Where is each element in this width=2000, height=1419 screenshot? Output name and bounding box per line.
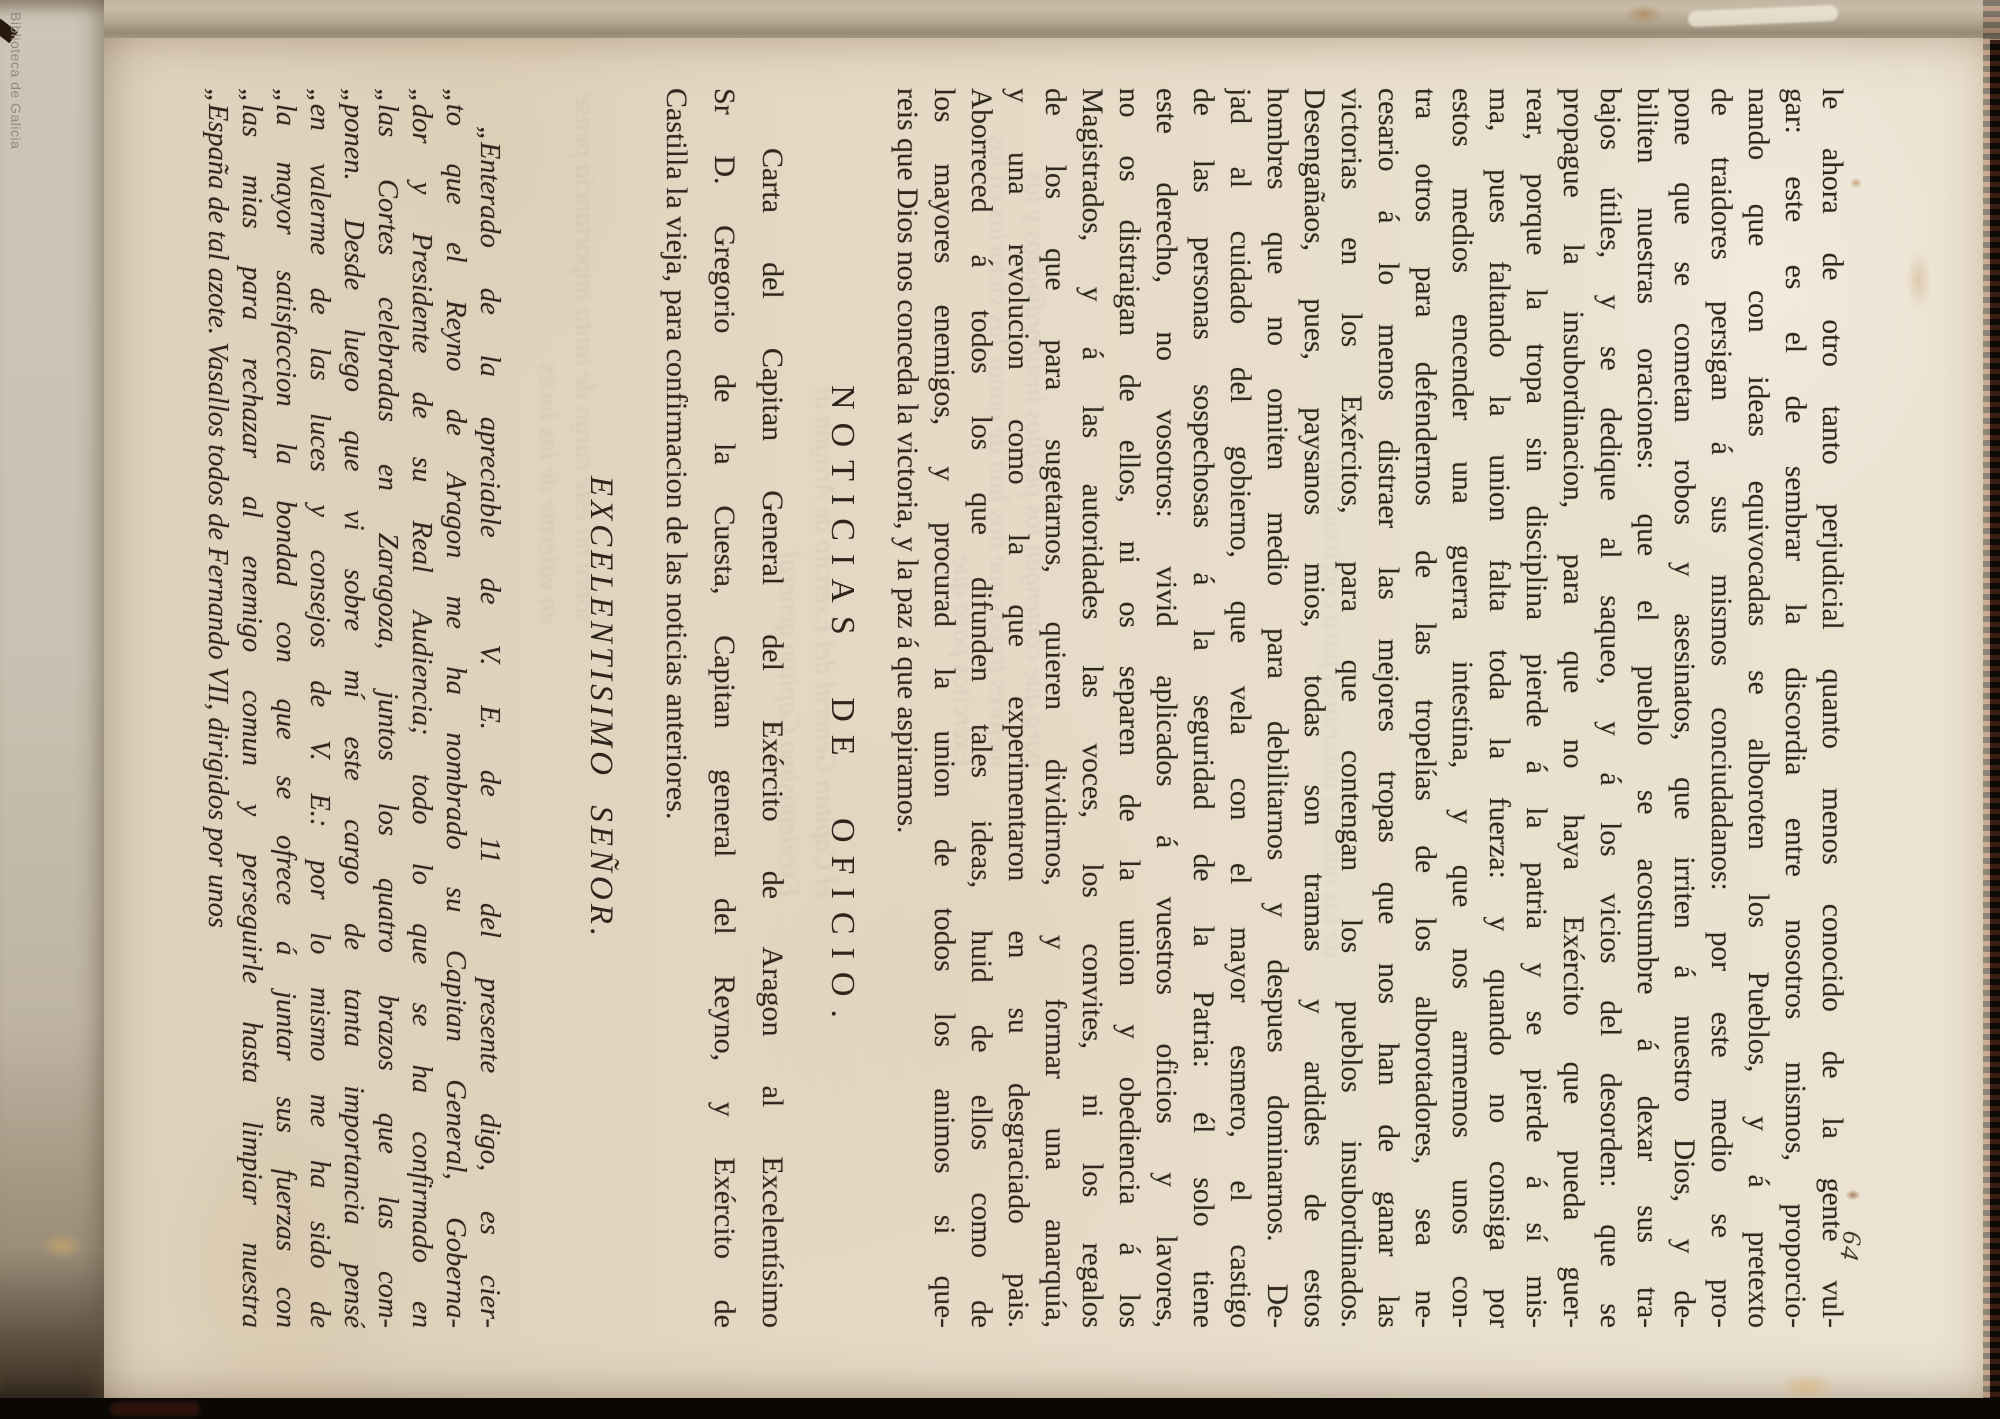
text-line: „la mayor satisfaccion la bondad con que…	[268, 88, 302, 1328]
text-line: gar: este es el de sembrar la discordia …	[1776, 88, 1813, 1328]
heading-excelentisimo-senor: EXCELENTISIMO SEÑOR.	[580, 88, 622, 1328]
text-line: victorias en los Exércitos, para que con…	[1332, 88, 1369, 1328]
text-line: propague la insubordinacion, para que no…	[1554, 88, 1591, 1328]
text-line: „las Cortes celebradas en Zaragoza, junt…	[370, 88, 404, 1328]
text-line: Aborreced á todos los que difunden tales…	[962, 88, 999, 1328]
text-line: Carta del Capitan General del Exército d…	[748, 88, 796, 1328]
heading-noticias-de-oficio: NOTICIAS DE OFICIO.	[822, 88, 862, 1328]
text-line: no os distraigan de ellos, ni os separen…	[1110, 88, 1147, 1328]
paragraph-main: le ahora de otro tanto perjudicial quant…	[888, 88, 1850, 1328]
text-line: nando que con ideas equivocadas se albor…	[1739, 88, 1776, 1328]
text-line: „to que el Reyno de Aragon me ha nombrad…	[438, 88, 472, 1328]
text-line: rear, porque la tropa sin disciplina pie…	[1517, 88, 1554, 1328]
text-line: reis que Dios nos conceda la victoria, y…	[888, 88, 925, 1328]
text-line: jad al cuidado del gobierno, que vela co…	[1221, 88, 1258, 1328]
text-line: biliten nuestras oraciones: que el puebl…	[1628, 88, 1665, 1328]
text-line: „las mias para rechazar al enemigo comun…	[234, 88, 268, 1328]
text-line: estos medios encender una guerra intesti…	[1443, 88, 1480, 1328]
text-line: Castilla la vieja, para confirmacion de …	[652, 88, 700, 1328]
text-line: Desengañaos, pues, paysanos mios, todas …	[1295, 88, 1332, 1328]
text-line: ma, pues faltando la union falta toda la…	[1480, 88, 1517, 1328]
text-line: este derecho, no vosotros: vivid aplicad…	[1147, 88, 1184, 1328]
page-number: 64	[1833, 1229, 1868, 1264]
text-line: hombres que no omiten medio para debilit…	[1258, 88, 1295, 1328]
text-line: de las personas sospechosas á la segurid…	[1184, 88, 1221, 1328]
text-line: „en valerme de las luces y consejos de V…	[302, 88, 336, 1328]
text-line: de los que para sugetarnos, quieren divi…	[1036, 88, 1073, 1328]
text-line: y una revolucion como la que experimenta…	[999, 88, 1036, 1328]
paragraph-letter: „Enterado de la apreciable de V. E. de 1…	[200, 88, 506, 1328]
text-line: bajos útiles, y se dedique al saqueo, y …	[1591, 88, 1628, 1328]
page-scan: para que contengan los pueblos insubordi…	[85, 38, 1990, 1400]
scan-bottom-band	[0, 1398, 2000, 1419]
text-line: los mayores enemigos, y procurad la unio…	[925, 88, 962, 1328]
library-watermark-strip: Biblioteca de Galicia	[0, 0, 104, 1419]
text-line: pone que se cometan robos y asesinatos, …	[1665, 88, 1702, 1328]
text-line: „España de tal azote. Vasallos todos de …	[200, 88, 234, 1328]
text-line: „Enterado de la apreciable de V. E. de 1…	[472, 88, 506, 1328]
paragraph-carta: Carta del Capitan General del Exército d…	[652, 88, 796, 1328]
scanned-book-photo: para que contengan los pueblos insubordi…	[0, 0, 2000, 1419]
text-line: Sr D. Gregorio de la Cuesta, Capitan gen…	[700, 88, 748, 1328]
page-text-block: 64 le ahora de otro tanto perjudicial qu…	[200, 88, 1850, 1328]
text-line: „ponen. Desde luego que vi sobre mí este…	[336, 88, 370, 1328]
book-edge-marbled	[1983, 0, 2000, 1419]
text-line: tra otros para defendernos de las tropel…	[1406, 88, 1443, 1328]
text-line: le ahora de otro tanto perjudicial quant…	[1813, 88, 1850, 1328]
watermark-label: Biblioteca de Galicia	[8, 12, 24, 332]
text-line: Magistrados, y á las autoridades las voc…	[1073, 88, 1110, 1328]
text-line: cesario á lo menos distraer las mejores …	[1369, 88, 1406, 1328]
text-line: „dor y Presidente de su Real Audiencia; …	[404, 88, 438, 1328]
text-line: de traidores persigan á sus mismos conci…	[1702, 88, 1739, 1328]
